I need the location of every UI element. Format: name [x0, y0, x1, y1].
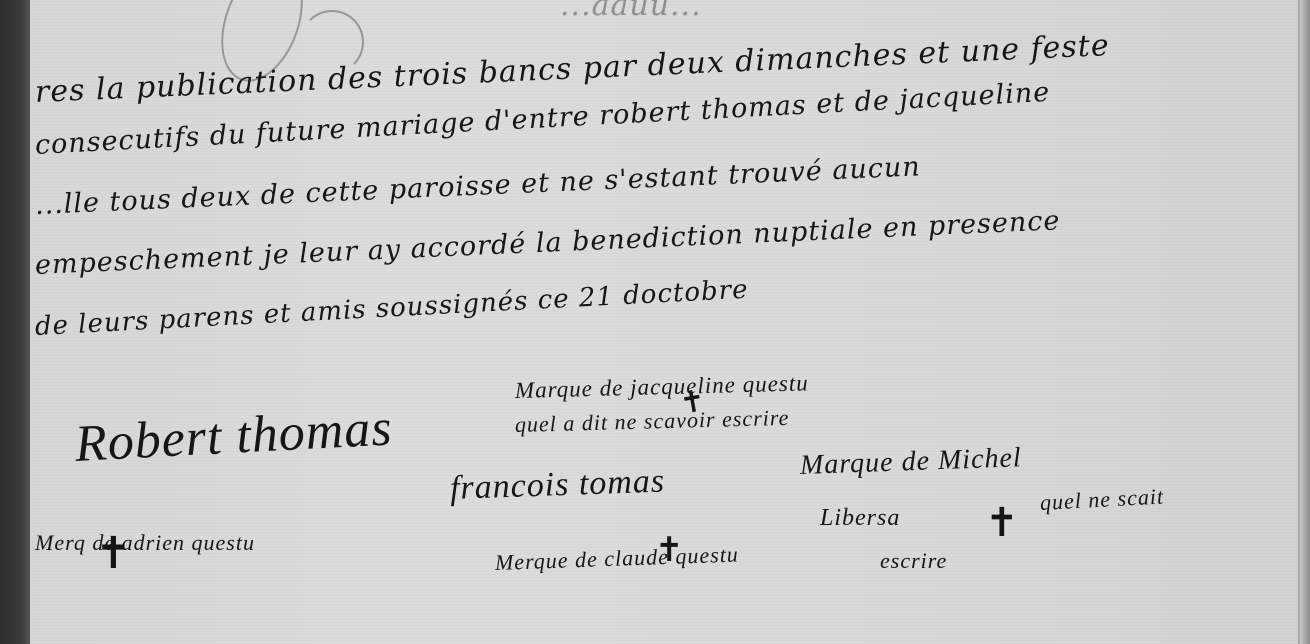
- michel-mark-line-1: Marque de Michel: [799, 442, 1022, 482]
- signature-francois-thomas: francois tomas: [449, 463, 665, 508]
- bride-mark-line-2: quel a dit ne scavoir escrire: [515, 405, 790, 438]
- page-edge-shadow: [1300, 0, 1310, 644]
- book-binding: [0, 0, 30, 644]
- claude-mark-end: escrire: [880, 548, 947, 574]
- claude-cross-mark-icon: ✝: [655, 530, 684, 570]
- register-page: ...aauu... res la publication des trois …: [0, 0, 1310, 644]
- signature-robert-thomas: Robert thomas: [73, 398, 393, 474]
- michel-cross-mark-icon: ✝: [985, 500, 1019, 546]
- adrien-cross-mark-icon: ✝: [95, 528, 132, 579]
- bride-mark-line-1: Marque de jacqueline questu: [515, 370, 809, 404]
- michel-mark-line-3: quel ne scait: [1039, 484, 1164, 516]
- body-line-4: empeschement je leur ay accordé la bened…: [34, 205, 1061, 281]
- adrien-mark: Merq de adrien questu: [35, 530, 255, 556]
- body-line-3: ...lle tous deux de cette paroisse et ne…: [34, 151, 921, 221]
- michel-mark-line-2: Libersa: [820, 505, 900, 532]
- claude-mark: Merque de claude questu: [495, 541, 740, 575]
- body-line-5: de leurs parens et amis soussignés ce 21…: [34, 275, 749, 342]
- header-fragment: ...aauu...: [560, 0, 702, 23]
- page-fold-line: [1298, 0, 1300, 644]
